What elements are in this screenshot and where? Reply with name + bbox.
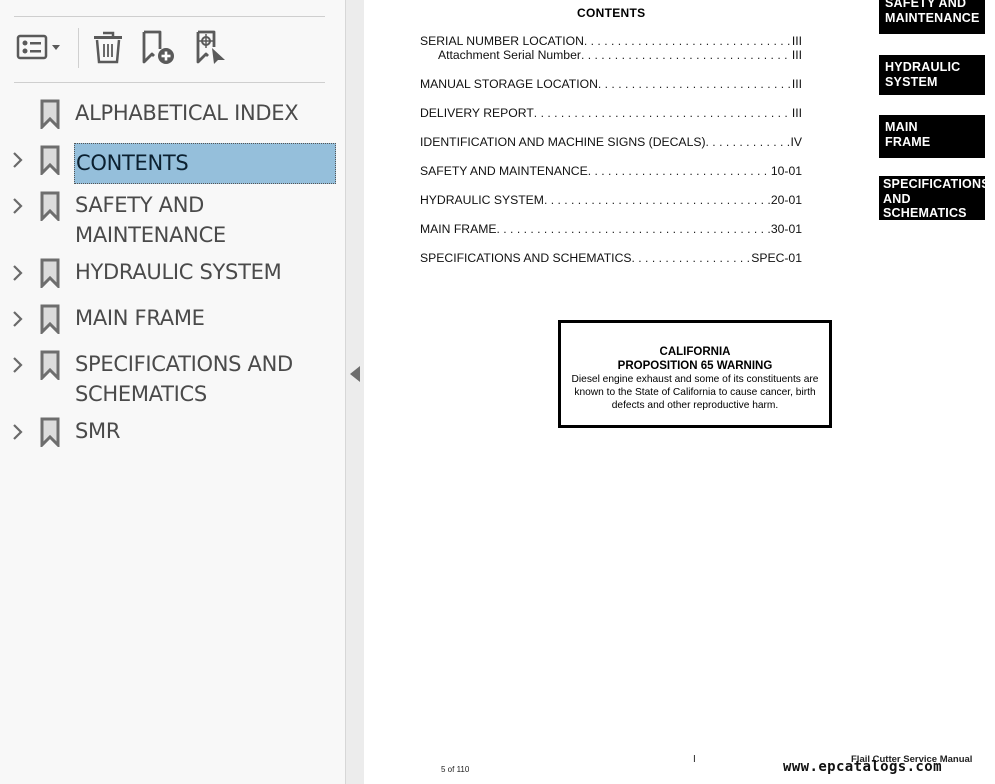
bookmark-icon bbox=[40, 191, 60, 221]
warning-body: Diesel engine exhaust and some of its co… bbox=[561, 373, 829, 412]
dot-leader bbox=[706, 135, 791, 150]
toc-entry-page: III bbox=[792, 106, 802, 121]
bookmark-icon bbox=[40, 145, 60, 175]
bookmark-label[interactable]: MAIN FRAME bbox=[75, 303, 205, 333]
delete-bookmark-button[interactable] bbox=[90, 28, 126, 66]
bookmark-label[interactable]: SPECIFICATIONS AND SCHEMATICS bbox=[75, 349, 293, 409]
toc-entry-page: III bbox=[792, 48, 802, 63]
bookmark-label[interactable]: SAFETY AND MAINTENANCE bbox=[75, 190, 226, 250]
warning-line1: CALIFORNIA bbox=[561, 345, 829, 359]
toc-entry-title: IDENTIFICATION AND MACHINE SIGNS (DECALS… bbox=[420, 135, 706, 150]
dot-leader bbox=[632, 251, 752, 266]
section-tab[interactable]: SAFETY AND MAINTENANCE bbox=[879, 0, 985, 34]
trash-icon bbox=[91, 29, 125, 65]
toc-entry-title: SERIAL NUMBER LOCATION bbox=[420, 34, 584, 49]
bookmark-label[interactable]: HYDRAULIC SYSTEM bbox=[75, 257, 281, 287]
chevron-right-icon[interactable] bbox=[10, 309, 26, 329]
bookmark-label[interactable]: ALPHABETICAL INDEX bbox=[75, 98, 298, 128]
toc-entry[interactable]: HYDRAULIC SYSTEM20-01 bbox=[420, 193, 802, 208]
bookmark-icon bbox=[40, 350, 60, 380]
toc-entry-title: MANUAL STORAGE LOCATION bbox=[420, 77, 598, 92]
toc-entry-title: SPECIFICATIONS AND SCHEMATICS bbox=[420, 251, 632, 266]
toc-entry-title: HYDRAULIC SYSTEM bbox=[420, 193, 544, 208]
bookmark-label[interactable]: SMR bbox=[75, 416, 120, 446]
toc-entry-title: SAFETY AND MAINTENANCE bbox=[420, 164, 588, 179]
chevron-right-icon[interactable] bbox=[10, 196, 26, 216]
toc-title: CONTENTS bbox=[577, 6, 645, 20]
prop65-warning-box: CALIFORNIA PROPOSITION 65 WARNING Diesel… bbox=[558, 320, 832, 428]
toc-entry[interactable]: MANUAL STORAGE LOCATIONIII bbox=[420, 77, 802, 92]
dot-leader bbox=[581, 48, 792, 63]
toc-entry-title: MAIN FRAME bbox=[420, 222, 497, 237]
toolbar-separator bbox=[78, 28, 79, 68]
chevron-right-icon[interactable] bbox=[10, 355, 26, 375]
collapse-left-triangle-icon[interactable] bbox=[349, 364, 361, 384]
toc-entry[interactable]: MAIN FRAME30-01 bbox=[420, 222, 802, 237]
dot-leader bbox=[598, 77, 792, 92]
chevron-right-icon[interactable] bbox=[10, 422, 26, 442]
toc-entry-page: SPEC-01 bbox=[751, 251, 802, 266]
section-tab[interactable]: HYDRAULIC SYSTEM bbox=[879, 55, 985, 95]
section-tab[interactable]: SPECIFICATIONS AND SCHEMATICS bbox=[879, 176, 985, 220]
bookmark-icon bbox=[40, 258, 60, 288]
bookmark-add-icon bbox=[140, 29, 178, 65]
toc-entry-page: III bbox=[792, 34, 802, 49]
toc-entry[interactable]: IDENTIFICATION AND MACHINE SIGNS (DECALS… bbox=[420, 135, 802, 150]
divider-line bbox=[14, 82, 325, 83]
bookmark-target-icon bbox=[194, 29, 230, 65]
bookmarks-panel: ALPHABETICAL INDEXCONTENTSSAFETY AND MAI… bbox=[0, 0, 345, 784]
dot-leader bbox=[584, 34, 792, 49]
chevron-right-icon[interactable] bbox=[10, 263, 26, 283]
warning-line2: PROPOSITION 65 WARNING bbox=[561, 359, 829, 373]
toc-entry[interactable]: SERIAL NUMBER LOCATIONIII bbox=[420, 34, 802, 49]
chevron-right-icon[interactable] bbox=[10, 150, 26, 170]
new-bookmark-button[interactable] bbox=[140, 28, 178, 66]
dot-leader bbox=[497, 222, 771, 237]
toc-entry-title: Attachment Serial Number bbox=[438, 48, 581, 63]
toc-entry-page: 30-01 bbox=[771, 222, 802, 237]
panel-splitter[interactable] bbox=[345, 0, 364, 784]
toc-entry-page: 10-01 bbox=[771, 164, 802, 179]
bookmark-icon bbox=[40, 99, 60, 129]
toc-entry[interactable]: SPECIFICATIONS AND SCHEMATICSSPEC-01 bbox=[420, 251, 802, 266]
bookmark-label[interactable]: CONTENTS bbox=[74, 143, 336, 184]
list-options-icon bbox=[16, 33, 62, 61]
bookmark-options-button[interactable] bbox=[16, 28, 62, 66]
toc-entry-title: DELIVERY REPORT bbox=[420, 106, 534, 121]
section-tab[interactable]: MAIN FRAME bbox=[879, 115, 985, 158]
toc-entry[interactable]: DELIVERY REPORTIII bbox=[420, 106, 802, 121]
toc-entry[interactable]: Attachment Serial NumberIII bbox=[438, 48, 802, 63]
page-counter: 5 of 110 bbox=[441, 765, 469, 774]
toc-entry-page: IV bbox=[790, 135, 802, 150]
dot-leader bbox=[544, 193, 771, 208]
page-number: I bbox=[693, 754, 696, 765]
bookmark-icon bbox=[40, 417, 60, 447]
divider-line bbox=[14, 16, 325, 17]
dot-leader bbox=[534, 106, 792, 121]
watermark: www.epcatalogs.com bbox=[783, 759, 942, 775]
toc-entry-page: 20-01 bbox=[771, 193, 802, 208]
find-current-bookmark-button[interactable] bbox=[194, 28, 230, 66]
toc-entry-page: III bbox=[792, 77, 802, 92]
bookmark-icon bbox=[40, 304, 60, 334]
toc-entry[interactable]: SAFETY AND MAINTENANCE10-01 bbox=[420, 164, 802, 179]
dot-leader bbox=[588, 164, 771, 179]
